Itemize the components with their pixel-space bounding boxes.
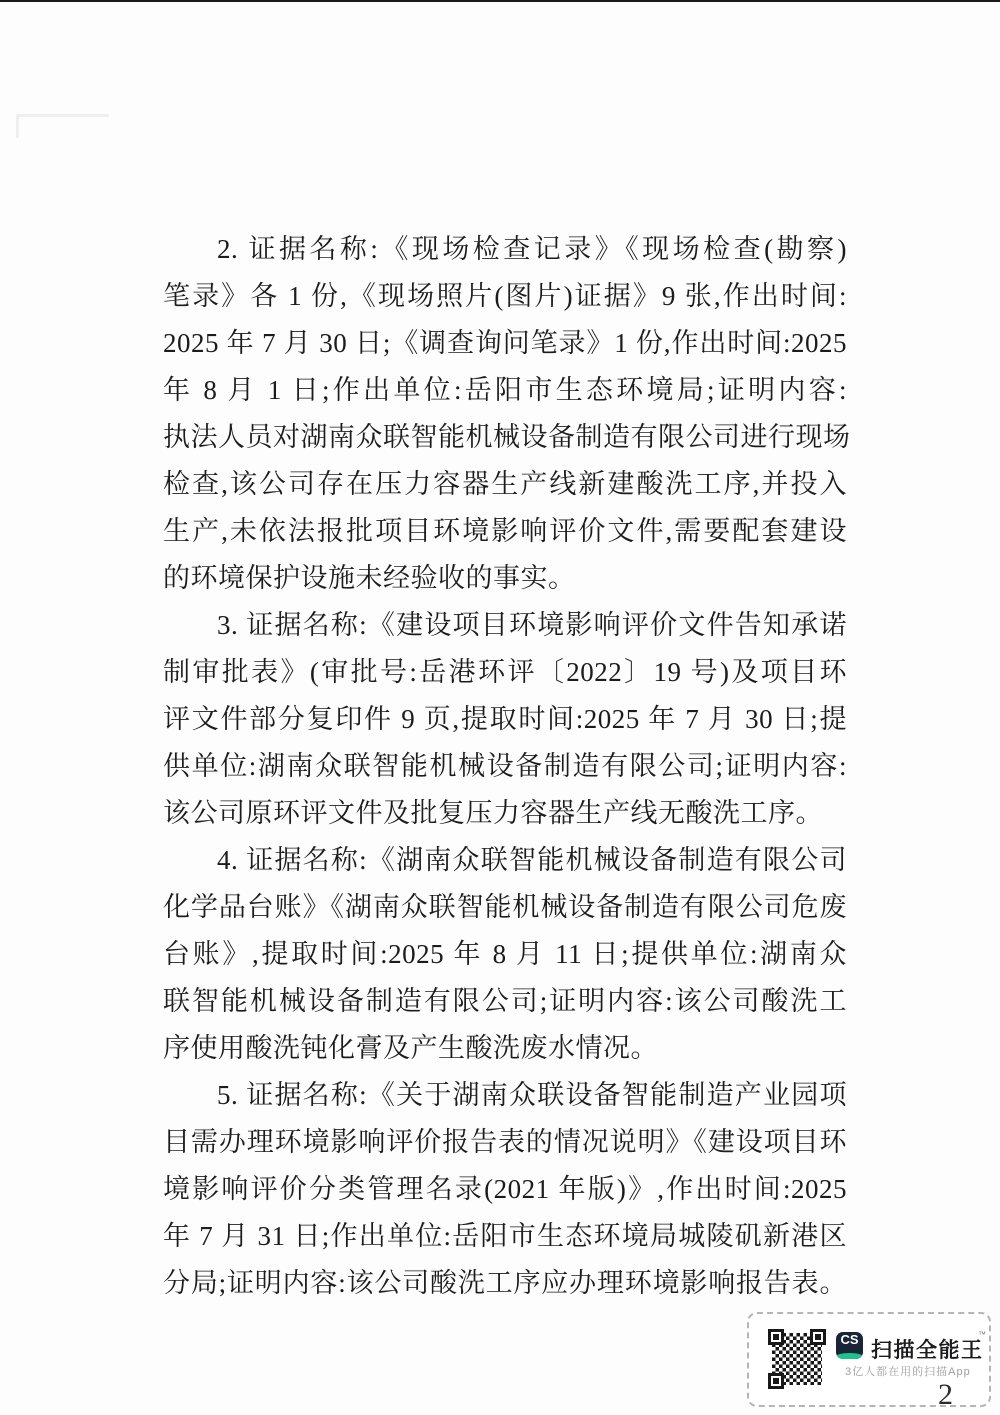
text-line: 化学品台账》《湖南众联智能机械设备制造有限公司危废 bbox=[163, 884, 847, 931]
scan-artifact bbox=[17, 114, 109, 117]
text-line: 4. 证据名称:《湖南众联智能机械设备制造有限公司 bbox=[163, 837, 847, 884]
qr-finder-icon bbox=[768, 1373, 784, 1389]
text-line: 年 8 月 1 日;作出单位:岳阳市生态环境局;证明内容: bbox=[163, 367, 847, 414]
text-line: 2025 年 7 月 30 日;《调查询问笔录》1 份,作出时间:2025 bbox=[163, 320, 847, 367]
text-line: 笔录》各 1 份,《现场照片(图片)证据》9 张,作出时间: bbox=[163, 273, 847, 320]
scanned-document-page: { "page_number": "2", "document": { "lin… bbox=[0, 0, 1000, 1415]
text-line: 执法人员对湖南众联智能机械设备制造有限公司进行现场 bbox=[163, 414, 847, 461]
text-line: 生产,未依法报批项目环境影响评价文件,需要配套建设 bbox=[163, 508, 847, 555]
app-tagline-label: 3亿人都在用的扫描App bbox=[845, 1363, 971, 1379]
text-line: 检查,该公司存在压力容器生产线新建酸洗工序,并投入 bbox=[163, 461, 847, 508]
text-line: 台账》,提取时间:2025 年 8 月 11 日;提供单位:湖南众 bbox=[163, 931, 847, 978]
scan-top-edge-line bbox=[0, 0, 1000, 2]
text-line: 年 7 月 31 日;作出单位:岳阳市生态环境局城陵矶新港区 bbox=[163, 1213, 847, 1260]
app-name-label: 扫描全能王 bbox=[871, 1334, 984, 1364]
scan-artifact bbox=[16, 114, 19, 138]
trademark-symbol: ™ bbox=[978, 1330, 986, 1339]
text-line: 目需办理环境影响评价报告表的情况说明》《建设项目环 bbox=[163, 1119, 847, 1166]
camscanner-logo-green-strip bbox=[836, 1353, 863, 1359]
text-line: 2. 证据名称:《现场检查记录》《现场检查(勘察) bbox=[163, 226, 847, 273]
page-number: 2 bbox=[938, 1378, 953, 1412]
document-body: 2. 证据名称:《现场检查记录》《现场检查(勘察)笔录》各 1 份,《现场照片(… bbox=[163, 226, 847, 1307]
text-line: 联智能机械设备制造有限公司;证明内容:该公司酸洗工 bbox=[163, 978, 847, 1025]
text-line: 3. 证据名称:《建设项目环境影响评价文件告知承诺 bbox=[163, 602, 847, 649]
text-line: 5. 证据名称:《关于湖南众联设备智能制造产业园项 bbox=[163, 1072, 847, 1119]
qr-code-icon bbox=[768, 1329, 826, 1389]
text-line: 该公司原环评文件及批复压力容器生产线无酸洗工序。 bbox=[163, 790, 847, 837]
camscanner-logo-icon: CS bbox=[836, 1332, 863, 1359]
text-line: 评文件部分复印件 9 页,提取时间:2025 年 7 月 30 日;提 bbox=[163, 696, 847, 743]
qr-finder-icon bbox=[768, 1329, 784, 1345]
text-line: 供单位:湖南众联智能机械设备制造有限公司;证明内容: bbox=[163, 743, 847, 790]
qr-finder-icon bbox=[810, 1329, 826, 1345]
text-line: 分局;证明内容:该公司酸洗工序应办理环境影响报告表。 bbox=[163, 1260, 847, 1307]
text-line: 的环境保护设施未经验收的事实。 bbox=[163, 555, 847, 602]
text-line: 序使用酸洗钝化膏及产生酸洗废水情况。 bbox=[163, 1025, 847, 1072]
text-line: 境影响评价分类管理名录(2021 年版)》,作出时间:2025 bbox=[163, 1166, 847, 1213]
camscanner-logo-letters: CS bbox=[836, 1332, 863, 1353]
text-line: 制审批表》(审批号:岳港环评〔2022〕19 号)及项目环 bbox=[163, 649, 847, 696]
